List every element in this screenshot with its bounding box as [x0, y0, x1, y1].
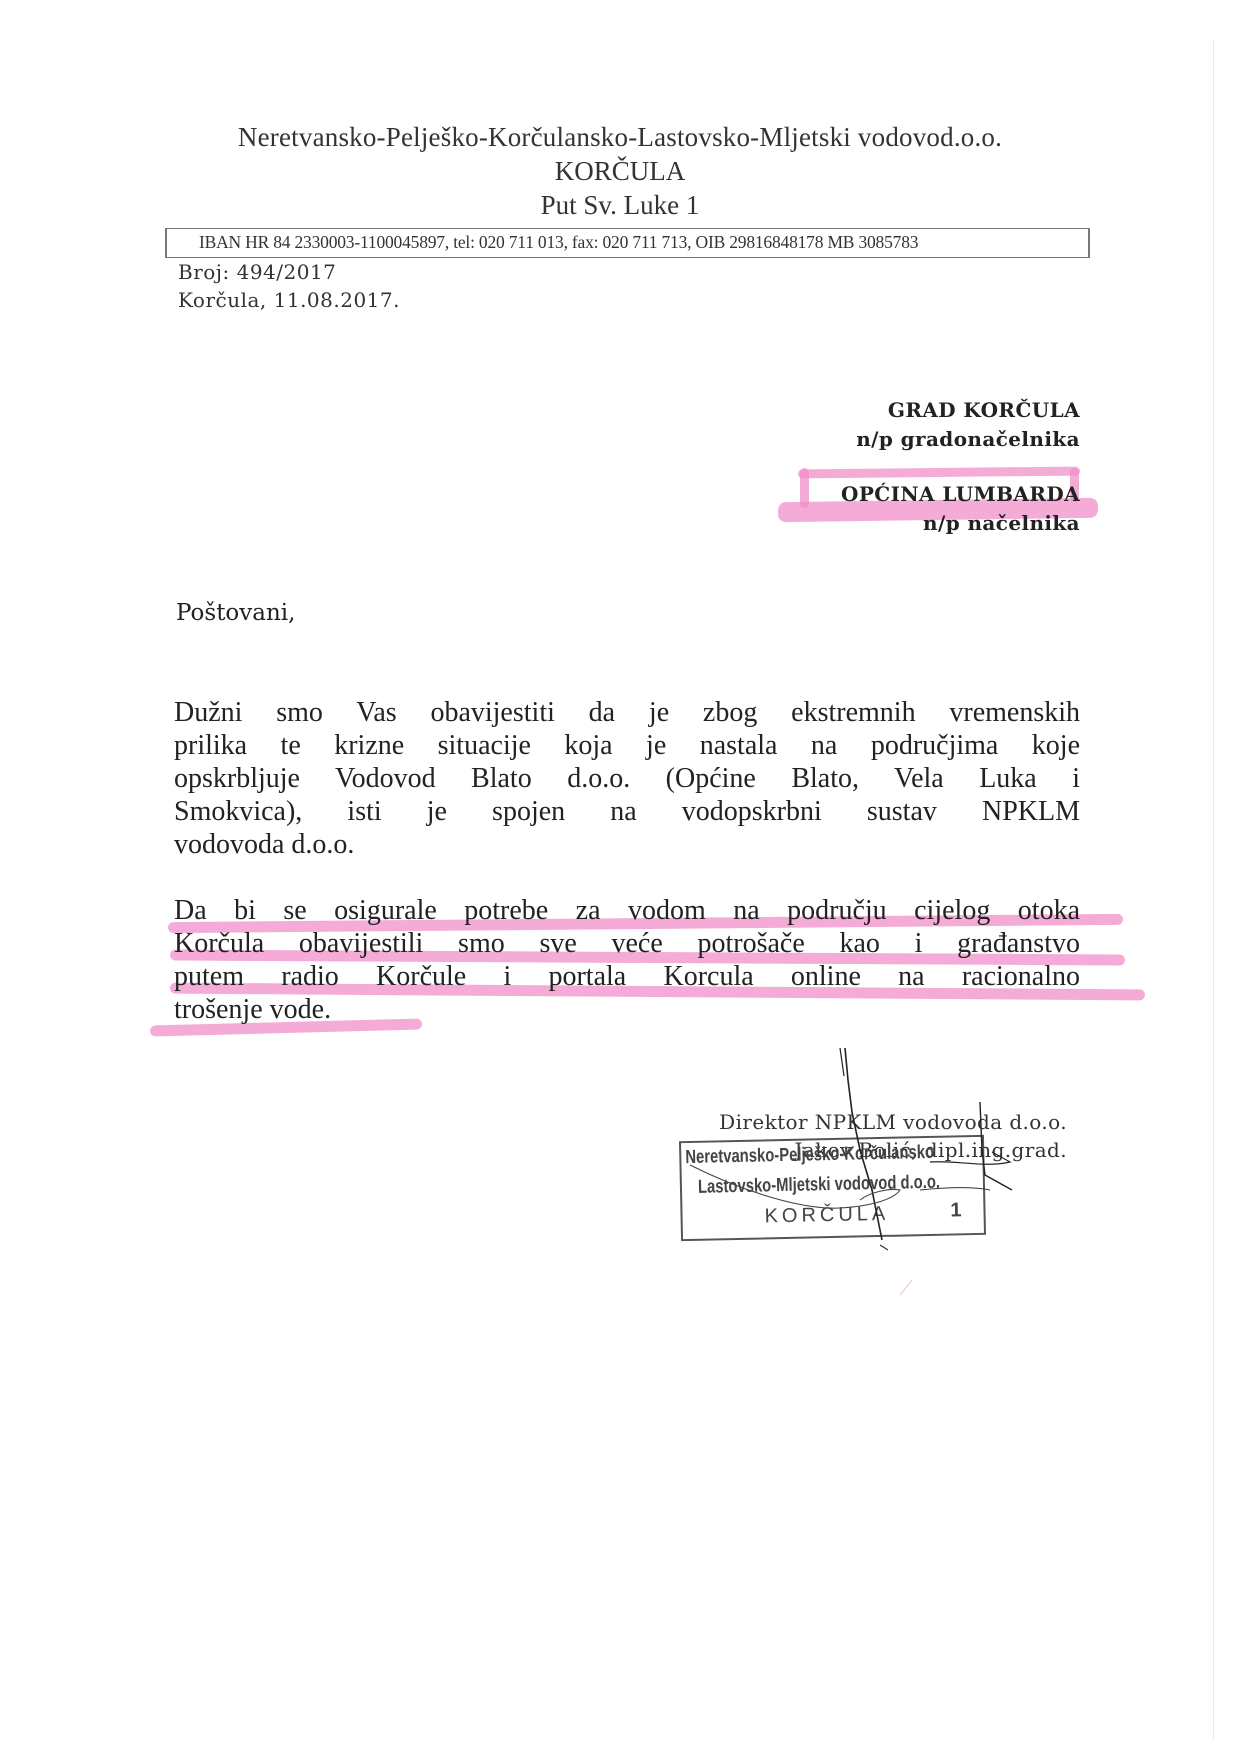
- paragraph-line: vodovoda d.o.o.: [174, 828, 1080, 861]
- paragraph-line: prilika te krizne situacije koja je nast…: [174, 729, 1080, 762]
- recipient-attention: n/p gradonačelnika: [856, 427, 1080, 451]
- paragraph-line: Korčula obavijestili smo sve veće potroš…: [174, 927, 1080, 960]
- paragraph-line: Dužni smo Vas obavijestiti da je zbog ek…: [174, 696, 1080, 729]
- body-paragraph-highlighted: Da bi se osigurale potrebe za vodom na p…: [174, 894, 1080, 1026]
- paragraph-line: trošenje vode.: [174, 993, 1080, 1026]
- organization-address: Put Sv. Luke 1: [0, 190, 1240, 221]
- paragraph-line: putem radio Korčule i portala Korcula on…: [174, 960, 1080, 993]
- paragraph-line: opskrbljuje Vodovod Blato d.o.o. (Općine…: [174, 762, 1080, 795]
- recipient-name: OPĆINA LUMBARDA: [841, 482, 1080, 506]
- reference-number: Broj: 494/2017: [178, 260, 336, 284]
- organization-city: KORČULA: [0, 156, 1240, 187]
- highlight-mark: [798, 467, 1080, 479]
- contact-info-box: IBAN HR 84 2330003-1100045897, tel: 020 …: [165, 228, 1090, 258]
- paragraph-line: Smokvica), isti je spojen na vodopskrbni…: [174, 795, 1080, 828]
- paragraph-line: Da bi se osigurale potrebe za vodom na p…: [174, 894, 1080, 927]
- recipient-name: GRAD KORČULA: [888, 398, 1080, 422]
- handwritten-signature: [780, 1040, 1080, 1260]
- greeting: Poštovani,: [176, 600, 295, 626]
- recipient-attention: n/p načelnika: [923, 511, 1080, 535]
- scan-edge-line: [1213, 40, 1214, 1740]
- organization-name: Neretvansko-Pelješko-Korčulansko-Lastovs…: [0, 122, 1240, 153]
- place-date: Korčula, 11.08.2017.: [178, 288, 400, 312]
- contact-info-text: IBAN HR 84 2330003-1100045897, tel: 020 …: [199, 232, 918, 253]
- body-paragraph: Dužni smo Vas obavijestiti da je zbog ek…: [174, 696, 1080, 861]
